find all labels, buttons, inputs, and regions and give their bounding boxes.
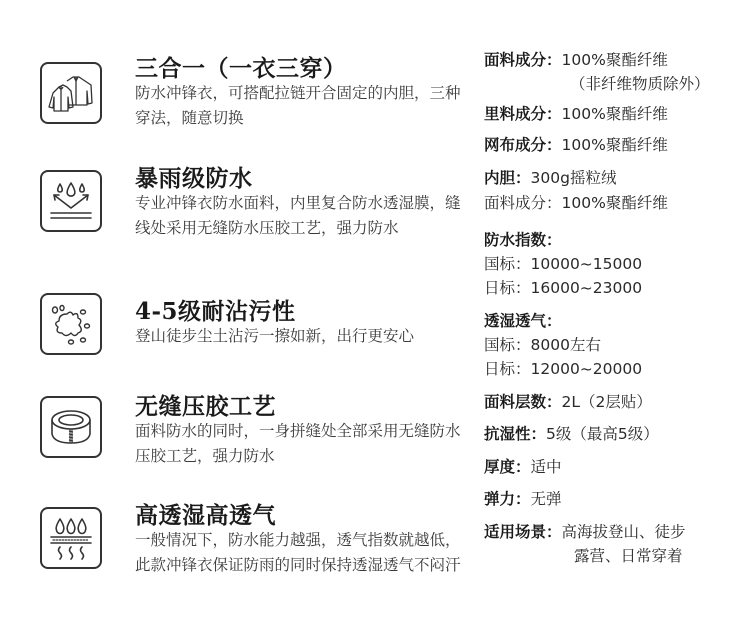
spec-value: 无弹 — [531, 490, 562, 508]
feature-title: 三合一（一衣三穿） — [135, 50, 347, 83]
spec-value: 高海拔登山、徒步 — [562, 523, 686, 541]
spec-scenes: 适用场景：高海拔登山、徒步 露营、日常穿着 — [484, 520, 686, 568]
spec-gb-value: 国标：8000左右 — [484, 333, 642, 357]
spec-moisture: 抗湿性：5级（最高5级） — [484, 422, 659, 446]
spec-value: 100%聚酯纤维 — [562, 136, 668, 154]
feature-title: 无缝压胶工艺 — [135, 388, 276, 421]
spec-label: 面料成分： — [484, 194, 562, 212]
spec-gb-value: 国标：10000~15000 — [484, 252, 642, 276]
spec-label: 适用场景： — [484, 522, 562, 541]
feature-title: 高透湿高透气 — [135, 497, 276, 530]
spec-value: 5级（最高5级） — [546, 425, 659, 443]
spec-shell-fabric: 面料成分：100%聚酯纤维 （非纤维物质除外） — [484, 48, 710, 96]
breathable-icon — [40, 507, 102, 569]
waterproof-icon — [40, 170, 102, 232]
feature-description: 专业冲锋衣防水面料，内里复合防水透湿膜，缝线处采用无缝防水压胶工艺，强力防水 — [135, 191, 475, 241]
spec-liner: 内胆：300g摇粒绒 — [484, 166, 616, 190]
spec-layers: 面料层数：2L（2层贴） — [484, 390, 652, 414]
jacket-icon — [40, 62, 102, 124]
spec-label: 防水指数： — [484, 228, 642, 252]
spec-label: 面料成分： — [484, 50, 562, 69]
spec-waterproof-index: 防水指数： 国标：10000~15000 日标：16000~23000 — [484, 228, 642, 300]
feature-title: 暴雨级防水 — [135, 160, 253, 193]
feature-description: 面料防水的同时，一身拼缝处全部采用无缝防水压胶工艺，强力防水 — [135, 419, 475, 469]
seam-tape-icon — [40, 396, 102, 458]
spec-label: 弹力： — [484, 489, 531, 508]
spec-label: 面料层数： — [484, 392, 562, 411]
spec-breathability: 透湿透气： 国标：8000左右 日标：12000~20000 — [484, 309, 642, 381]
spec-mesh: 网布成分：100%聚酯纤维 — [484, 133, 668, 157]
spec-value: 2L（2层贴） — [562, 393, 652, 411]
spec-value: 300g摇粒绒 — [531, 169, 617, 187]
spec-label: 网布成分： — [484, 135, 562, 154]
spec-label: 内胆： — [484, 168, 531, 187]
spec-value: 100%聚酯纤维 — [562, 194, 668, 212]
feature-description: 登山徒步尘土沾污一擦如新，出行更安心 — [135, 324, 475, 349]
feature-description: 防水冲锋衣，可搭配拉链开合固定的内胆，三种穿法，随意切换 — [135, 81, 475, 131]
spec-label: 透湿透气： — [484, 309, 642, 333]
spec-liner-fabric: 面料成分：100%聚酯纤维 — [484, 191, 668, 215]
spec-elasticity: 弹力：无弹 — [484, 487, 562, 511]
spec-label: 里料成分： — [484, 104, 562, 123]
spec-label: 抗湿性： — [484, 424, 546, 443]
spec-lining: 里料成分：100%聚酯纤维 — [484, 102, 668, 126]
spec-value-continued: 露营、日常穿着 — [484, 544, 686, 568]
spec-thickness: 厚度：适中 — [484, 455, 562, 479]
spec-label: 厚度： — [484, 457, 531, 476]
stain-resistant-icon — [40, 293, 102, 355]
spec-note: （非纤维物质除外） — [484, 72, 710, 96]
feature-title: 4-5级耐沾污性 — [135, 293, 296, 326]
spec-value: 100%聚酯纤维 — [562, 105, 668, 123]
spec-value: 100%聚酯纤维 — [562, 51, 668, 69]
spec-jis-value: 日标：16000~23000 — [484, 276, 642, 300]
feature-description: 一般情况下，防水能力越强，透气指数就越低，此款冲锋衣保证防雨的同时保持透湿透气不… — [135, 528, 475, 578]
spec-jis-value: 日标：12000~20000 — [484, 357, 642, 381]
spec-value: 适中 — [531, 458, 562, 476]
